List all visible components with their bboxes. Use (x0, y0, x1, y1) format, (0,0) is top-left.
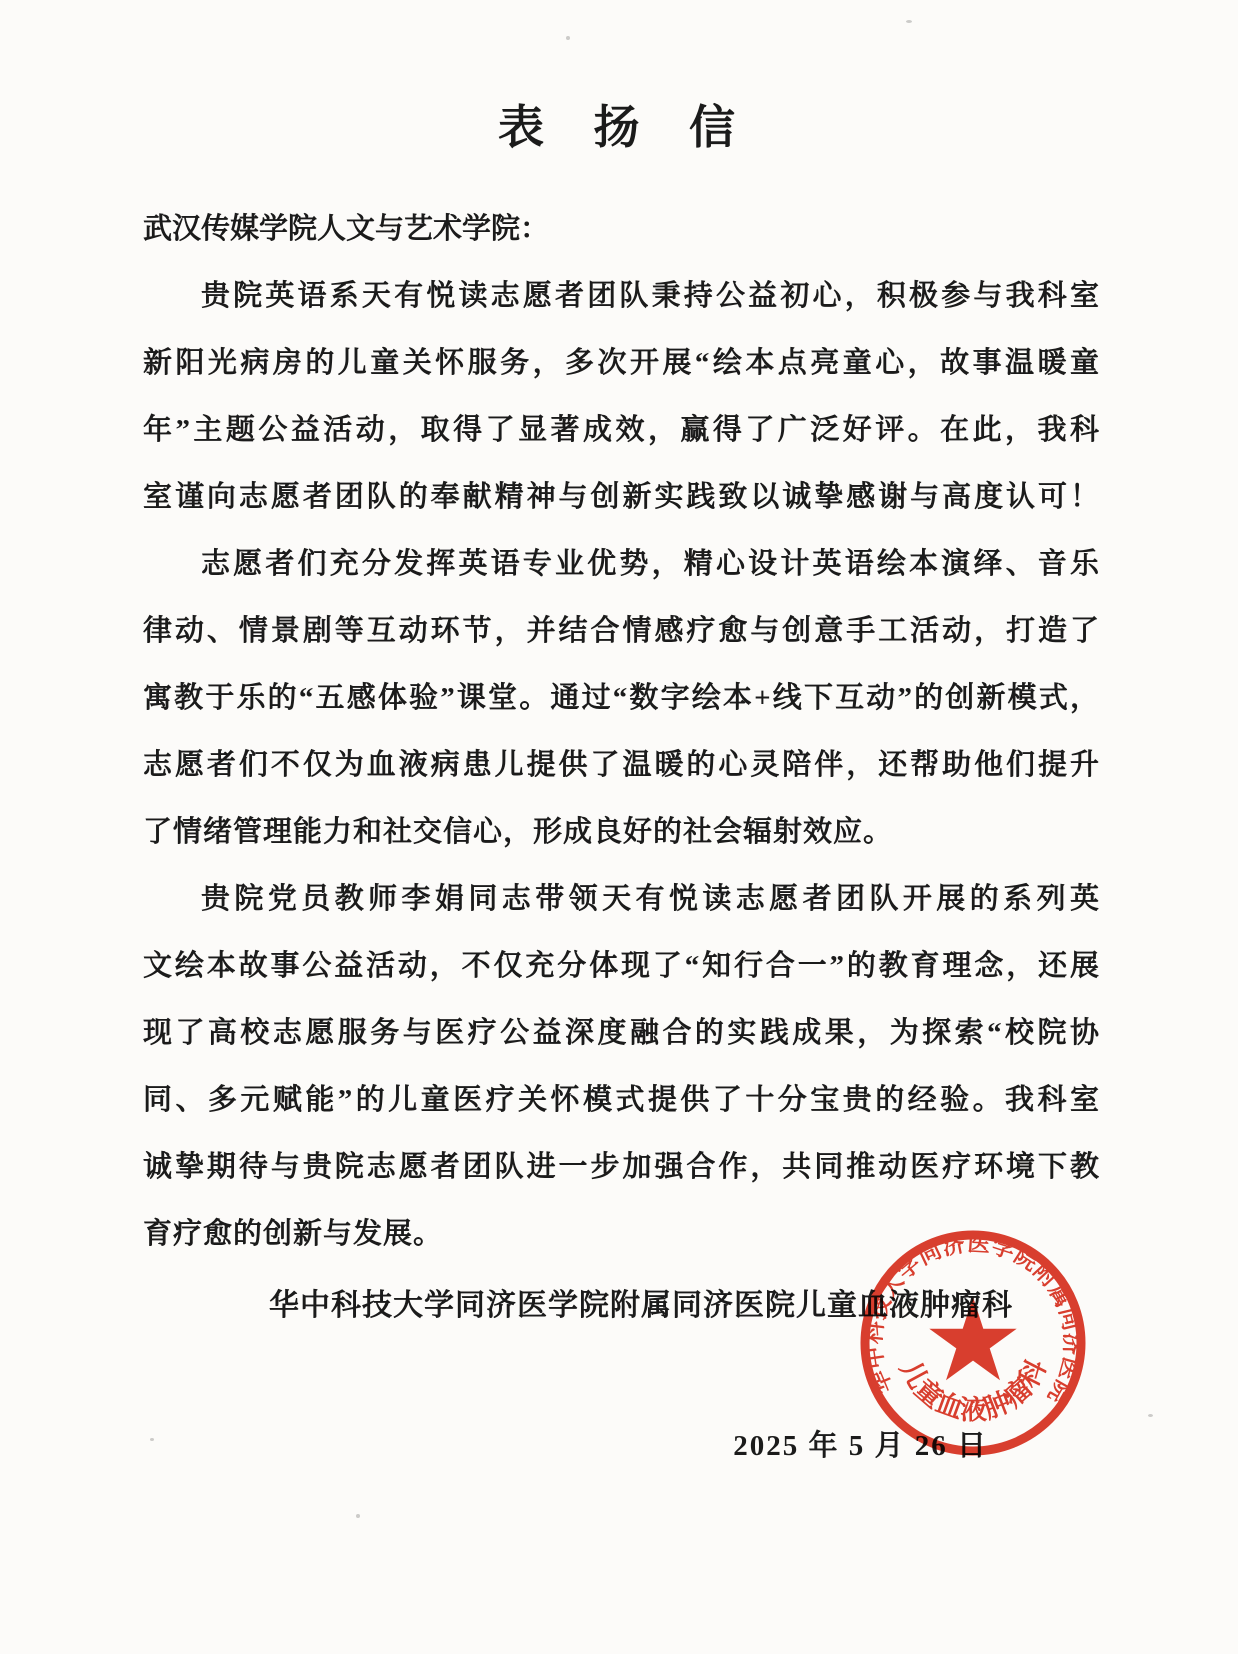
paragraph-1: 贵院英语系天有悦读志愿者团队秉持公益初心，积极参与我科室 新阳光病房的儿童关怀服… (143, 263, 1100, 531)
seal-bottom-text: 儿童血液肿瘤科 (894, 1354, 1052, 1425)
letter-page: 表 扬 信 武汉传媒学院人文与艺术学院： 贵院英语系天有悦读志愿者团队秉持公益初… (0, 0, 1238, 1654)
svg-text:儿童血液肿瘤科: 儿童血液肿瘤科 (894, 1354, 1052, 1425)
scan-speck (150, 1438, 154, 1441)
salutation: 武汉传媒学院人文与艺术学院： (143, 196, 1100, 263)
paragraph-line: 贵院党员教师李娟同志带领天有悦读志愿者团队开展的系列英 (143, 866, 1100, 933)
paragraph-2: 志愿者们充分发挥英语专业优势，精心设计英语绘本演绎、音乐 律动、情景剧等互动环节… (143, 531, 1100, 866)
star-icon (929, 1297, 1016, 1380)
paragraph-line: 律动、情景剧等互动环节，并结合情感疗愈与创意手工活动，打造了 (143, 598, 1100, 665)
scan-speck (1148, 1414, 1153, 1417)
paragraph-3: 贵院党员教师李娟同志带领天有悦读志愿者团队开展的系列英 文绘本故事公益活动，不仅… (143, 866, 1100, 1268)
page-title: 表 扬 信 (143, 98, 1100, 158)
paragraph-line: 了情绪管理能力和社交信心，形成良好的社会辐射效应。 (143, 799, 1100, 866)
paragraph-line: 文绘本故事公益活动，不仅充分体现了“知行合一”的教育理念，还展 (143, 933, 1100, 1000)
scan-speck (566, 36, 570, 40)
paragraph-line: 同、多元赋能”的儿童医疗关怀模式提供了十分宝贵的经验。我科室 (143, 1067, 1100, 1134)
paragraph-line: 现了高校志愿服务与医疗公益深度融合的实践成果，为探索“校院协 (143, 1000, 1100, 1067)
paragraph-line: 年”主题公益活动，取得了显著成效，赢得了广泛好评。在此，我科 (143, 397, 1100, 464)
paragraph-line: 寓教于乐的“五感体验”课堂。通过“数字绘本+线下互动”的创新模式， (143, 665, 1100, 732)
scan-speck (356, 1514, 360, 1518)
paragraph-line: 新阳光病房的儿童关怀服务，多次开展“绘本点亮童心，故事温暖童 (143, 330, 1100, 397)
paragraph-line: 贵院英语系天有悦读志愿者团队秉持公益初心，积极参与我科室 (143, 263, 1100, 330)
scan-speck (906, 20, 912, 23)
paragraph-line: 志愿者们不仅为血液病患儿提供了温暖的心灵陪伴，还帮助他们提升 (143, 732, 1100, 799)
paragraph-line: 志愿者们充分发挥英语专业优势，精心设计英语绘本演绎、音乐 (143, 531, 1100, 598)
paragraph-line: 诚挚期待与贵院志愿者团队进一步加强合作，共同推动医疗环境下教 (143, 1134, 1100, 1201)
paragraph-line: 室谨向志愿者团队的奉献精神与创新实践致以诚挚感谢与高度认可！ (143, 464, 1100, 531)
official-seal: 华中科技大学同济医学院附属同济医院 儿童血液肿瘤科 (853, 1223, 1093, 1463)
